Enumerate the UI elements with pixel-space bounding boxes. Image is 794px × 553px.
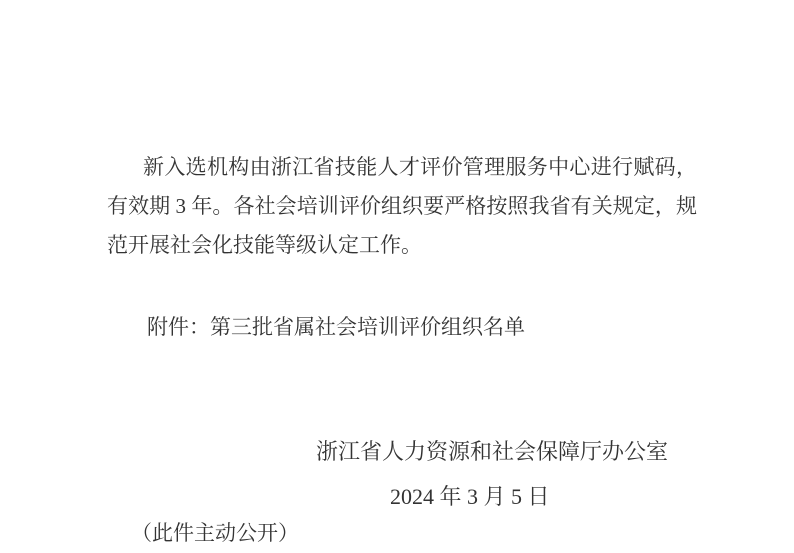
document-page: 新入选机构由浙江省技能人才评价管理服务中心进行赋码， 有效期 3 年。各社会培训… — [0, 0, 794, 553]
paragraph-line-2: 有效期 3 年。各社会培训评价组织要严格按照我省有关规定，规 — [107, 187, 697, 226]
issue-date: 2024 年 3 月 5 日 — [390, 477, 550, 516]
issuing-office-signature: 浙江省人力资源和社会保障厅办公室 — [316, 432, 668, 471]
paragraph-line-3: 范开展社会化技能等级认定工作。 — [107, 226, 697, 265]
body-paragraph: 新入选机构由浙江省技能人才评价管理服务中心进行赋码， 有效期 3 年。各社会培训… — [107, 148, 697, 265]
attachment-reference-line: 附件：第三批省属社会培训评价组织名单 — [147, 308, 525, 347]
paragraph-line-1: 新入选机构由浙江省技能人才评价管理服务中心进行赋码， — [107, 148, 697, 187]
disclosure-note: （此件主动公开） — [131, 514, 299, 553]
